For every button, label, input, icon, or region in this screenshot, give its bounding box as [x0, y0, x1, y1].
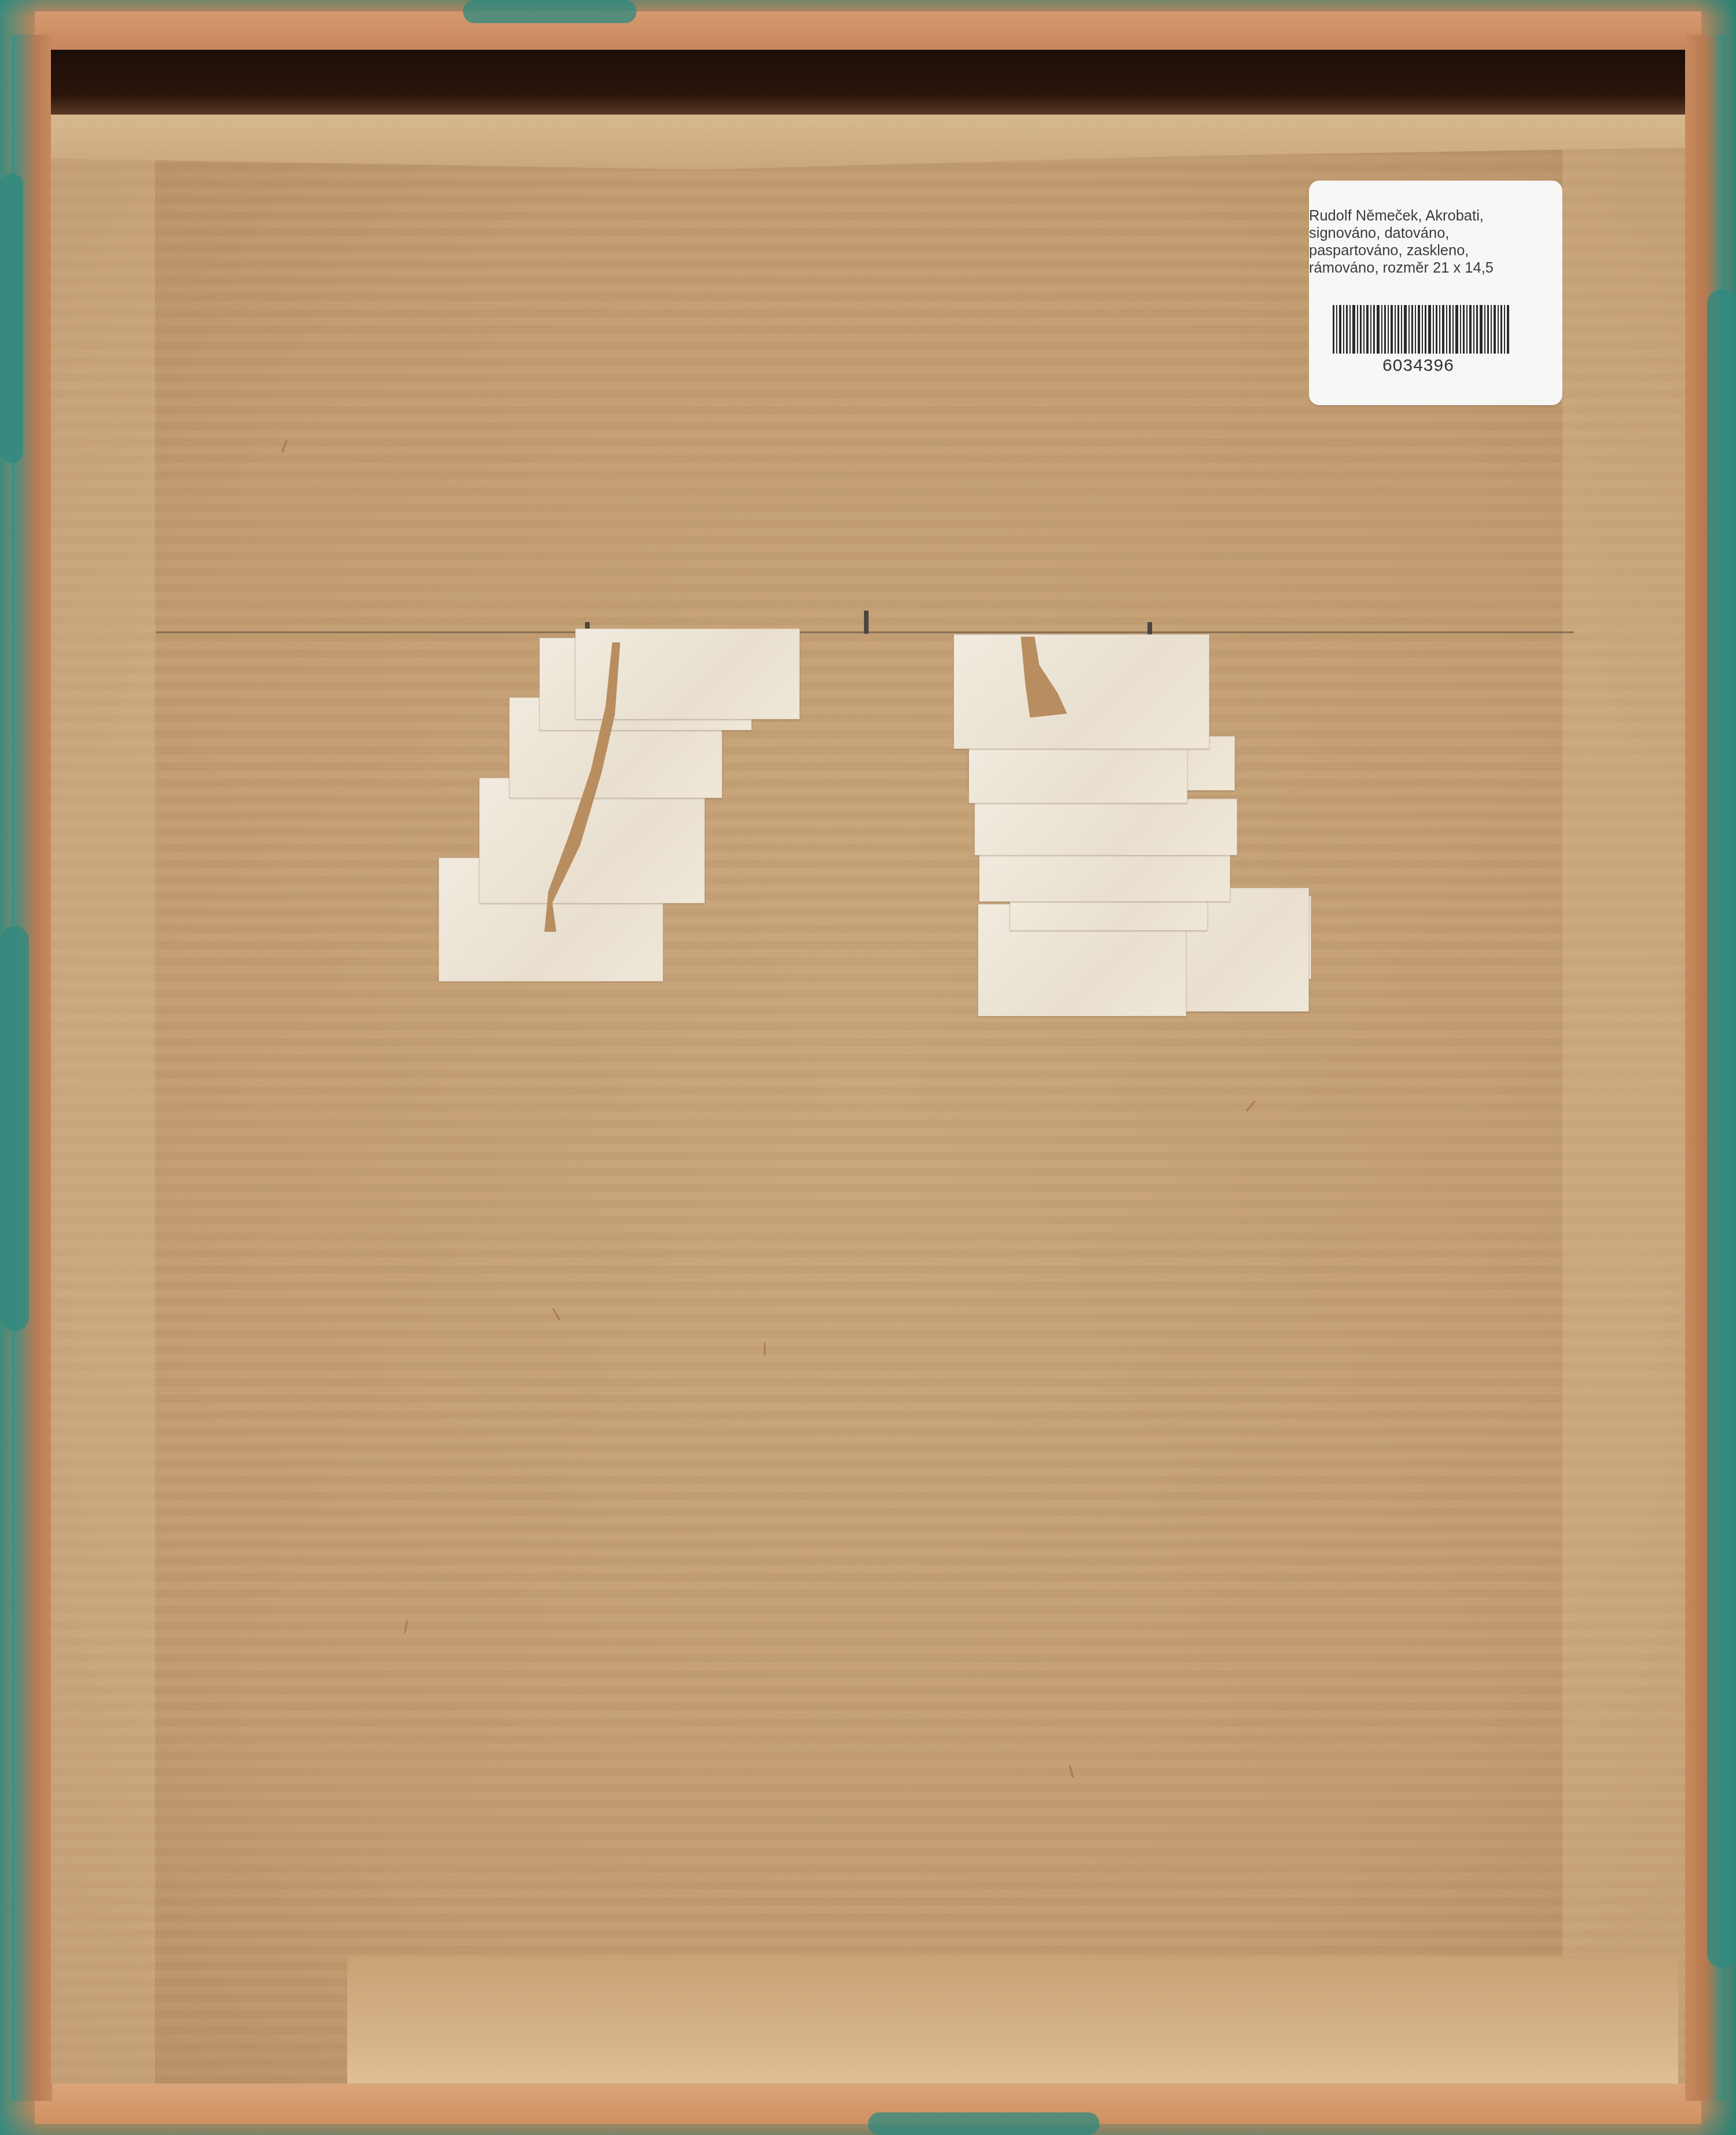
paper-margin-left: [51, 115, 155, 2083]
barcode-icon: [1333, 305, 1509, 354]
paint-patch: [868, 2112, 1099, 2135]
frame-top-bar: [35, 12, 1701, 52]
paint-patch: [1707, 289, 1736, 1968]
tape-piece: [969, 742, 1187, 803]
inventory-label: Rudolf Němeček, Akrobati, signováno, dat…: [1309, 181, 1562, 405]
paint-patch: [463, 0, 637, 23]
frame-bottom-bar: [35, 2083, 1701, 2124]
barcode-number: 6034396: [1309, 356, 1562, 376]
paint-patch: [0, 174, 23, 463]
tape-piece: [954, 634, 1209, 749]
paint-patch: [0, 926, 29, 1331]
label-description: Rudolf Němeček, Akrobati, signováno, dat…: [1309, 207, 1552, 277]
fiber-speck: [764, 1343, 766, 1355]
cardboard-backing: [51, 115, 1685, 2083]
paper-bottom-strip: [347, 1956, 1678, 2083]
nail-icon: [864, 611, 869, 634]
tape-piece: [974, 799, 1237, 855]
paper-margin-right: [1562, 115, 1685, 2083]
frame-gap-shadow: [51, 50, 1685, 115]
